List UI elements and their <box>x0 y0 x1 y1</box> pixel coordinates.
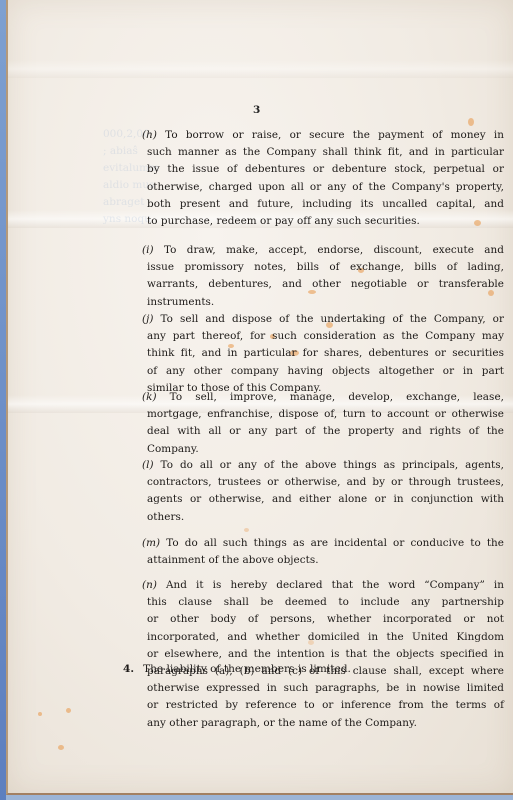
clause-text: any other paragraph, or the name of the … <box>147 717 417 729</box>
clause-line: or restricted by reference to or inferen… <box>147 697 504 714</box>
clause-line: (n) And it is hereby declared that the w… <box>147 577 504 594</box>
clause-text: this clause shall be deemed to include a… <box>147 596 504 608</box>
clause-line: or other body of persons, whether incorp… <box>147 611 504 628</box>
clause-text: by the issue of debentures or debenture … <box>147 163 504 175</box>
clause-paragraph: (h) To borrow or raise, or secure the pa… <box>147 127 504 230</box>
clause-text: Company. <box>147 443 199 455</box>
clause-text: To sell, improve, manage, develop, excha… <box>170 391 504 403</box>
foxing-stain <box>38 712 42 716</box>
clause-line: to purchase, redeem or pay off any such … <box>147 213 504 230</box>
foxing-stain <box>244 528 249 532</box>
clause-line: incorporated, and whether domiciled in t… <box>147 629 504 646</box>
clause-line: both present and future, including its u… <box>147 196 504 213</box>
clause-text: to purchase, redeem or pay off any such … <box>147 215 420 227</box>
clause-text: issue promissory notes, bills of exchang… <box>147 261 504 273</box>
clause-line: any other paragraph, or the name of the … <box>147 715 504 732</box>
clause-line: by the issue of debentures or debenture … <box>147 161 504 178</box>
clause-text: warrants, debentures, and other negotiab… <box>147 278 504 290</box>
section-number: 4. <box>123 663 143 675</box>
clause-paragraph: (j) To sell and dispose of the undertaki… <box>147 311 504 397</box>
clause-text: To sell and dispose of the undertaking o… <box>161 313 505 325</box>
clause-text: And it is hereby declared that the word … <box>166 579 504 591</box>
clause-line: (j) To sell and dispose of the undertaki… <box>147 311 504 328</box>
clause-line: contractors, trustees or otherwise, and … <box>147 474 504 491</box>
clause-text: contractors, trustees or otherwise, and … <box>147 476 504 488</box>
clause-label: (i) <box>142 244 154 256</box>
clause-line: otherwise, charged upon all or any of th… <box>147 179 504 196</box>
clause-label: (l) <box>142 459 154 471</box>
clause-text: To draw, make, accept, endorse, discount… <box>164 244 504 256</box>
clause-text: such manner as the Company shall think f… <box>147 146 504 158</box>
clause-label: (k) <box>142 391 157 403</box>
clause-paragraph: (n) And it is hereby declared that the w… <box>147 577 504 732</box>
clause-line: mortgage, enfranchise, dispose of, turn … <box>147 406 504 423</box>
clause-line: attainment of the above objects. <box>147 552 504 569</box>
clause-line: or elsewhere, and the intention is that … <box>147 646 504 663</box>
clause-line: issue promissory notes, bills of exchang… <box>147 259 504 276</box>
clause-text: deal with all or any part of the propert… <box>147 425 504 437</box>
clause-paragraph: (k) To sell, improve, manage, develop, e… <box>147 389 504 458</box>
section-text: The liability of the members is limited. <box>143 663 351 675</box>
clause-text: To do all or any of the above things as … <box>161 459 504 471</box>
clause-label: (j) <box>142 313 153 325</box>
clause-line: otherwise expressed in such paragraphs, … <box>147 680 504 697</box>
clause-line: any part thereof, for such consideration… <box>147 328 504 345</box>
clause-text: mortgage, enfranchise, dispose of, turn … <box>147 408 504 420</box>
paper-crease <box>8 60 513 78</box>
clause-label: (h) <box>142 129 157 141</box>
clause-text: otherwise expressed in such paragraphs, … <box>147 682 504 694</box>
clause-line: agents or otherwise, and either alone or… <box>147 491 504 508</box>
clause-text: or elsewhere, and the intention is that … <box>147 648 504 660</box>
foxing-stain <box>468 118 474 126</box>
clause-text: incorporated, and whether domiciled in t… <box>147 631 504 643</box>
clause-paragraph: (m) To do all such things as are inciden… <box>147 535 504 569</box>
clause-text: any part thereof, for such consideration… <box>147 330 504 342</box>
clause-text: others. <box>147 511 184 523</box>
clause-text: or other body of persons, whether incorp… <box>147 613 504 625</box>
clause-text: To borrow or raise, or secure the paymen… <box>165 129 504 141</box>
clause-text: instruments. <box>147 296 214 308</box>
foxing-stain <box>58 745 64 750</box>
clause-line: (k) To sell, improve, manage, develop, e… <box>147 389 504 406</box>
clause-line: such manner as the Company shall think f… <box>147 144 504 161</box>
clause-line: instruments. <box>147 294 504 311</box>
clause-text: otherwise, charged upon all or any of th… <box>147 181 504 193</box>
clause-line: deal with all or any part of the propert… <box>147 423 504 440</box>
clause-line: of any other company having objects alto… <box>147 363 504 380</box>
clause-text: To do all such things as are incidental … <box>166 537 504 549</box>
clause-label: (n) <box>142 579 157 591</box>
foxing-stain <box>66 708 71 713</box>
clause-paragraph: (i) To draw, make, accept, endorse, disc… <box>147 242 504 311</box>
section-4: 4.The liability of the members is limite… <box>123 663 351 675</box>
clause-line: this clause shall be deemed to include a… <box>147 594 504 611</box>
page-number: 3 <box>253 104 260 116</box>
clause-text: both present and future, including its u… <box>147 198 504 210</box>
clause-text: of any other company having objects alto… <box>147 365 504 377</box>
clause-text: agents or otherwise, and either alone or… <box>147 493 504 505</box>
clause-line: warrants, debentures, and other negotiab… <box>147 276 504 293</box>
clause-line: (h) To borrow or raise, or secure the pa… <box>147 127 504 144</box>
clause-line: Company. <box>147 441 504 458</box>
clause-line: (m) To do all such things as are inciden… <box>147 535 504 552</box>
clause-label: (m) <box>142 537 160 549</box>
clause-text: attainment of the above objects. <box>147 554 319 566</box>
clause-line: (i) To draw, make, accept, endorse, disc… <box>147 242 504 259</box>
clause-line: others. <box>147 509 504 526</box>
clause-line: think fit, and in particular for shares,… <box>147 345 504 362</box>
clause-text: think fit, and in particular for shares,… <box>147 347 504 359</box>
clause-text: or restricted by reference to or inferen… <box>147 699 504 711</box>
clause-line: (l) To do all or any of the above things… <box>147 457 504 474</box>
clause-paragraph: (l) To do all or any of the above things… <box>147 457 504 526</box>
